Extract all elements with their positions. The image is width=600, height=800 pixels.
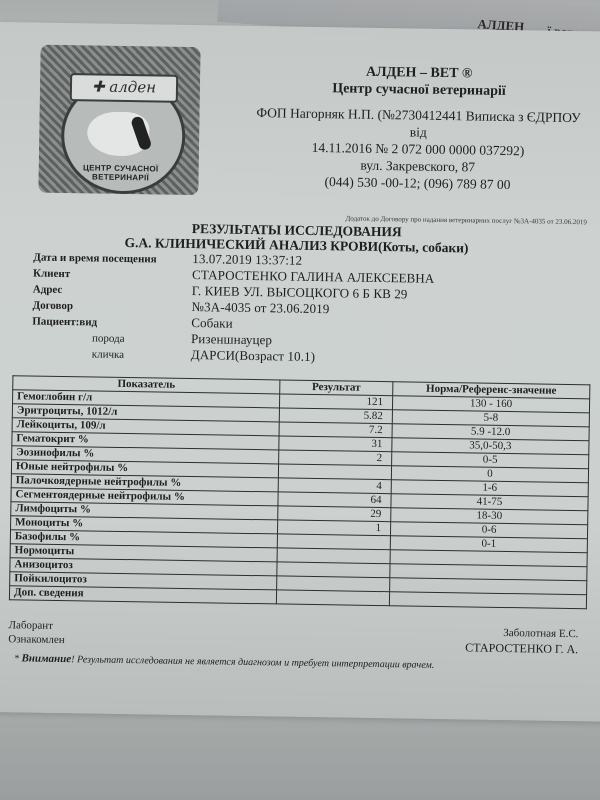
- signatures: Лаборант Заболотная Е.С. Ознакомлен СТАР…: [8, 619, 578, 656]
- info-label: Договор: [32, 300, 191, 314]
- info-value: ДАРСИ(Возраст 10.1): [191, 347, 316, 365]
- lab-report-sheet: ✚ алден ЦЕНТР СУЧАСНОЇ ВЕТЕРИНАРІЇ АЛДЕН…: [0, 22, 600, 722]
- ack-name: СТАРОСТЕНКО Г. А.: [465, 640, 578, 656]
- info-label: порода: [32, 332, 191, 346]
- disclaimer-bold: Внимание: [21, 652, 71, 665]
- result-cell: [276, 590, 389, 606]
- info-label: Пациент:вид: [32, 316, 191, 330]
- info-value: Собаки: [191, 315, 233, 332]
- clinic-header: АЛДЕН – ВЕТ ® Центр сучасної ветеринарії…: [247, 62, 589, 194]
- info-label: Адрес: [33, 284, 192, 298]
- lab-label: Лаборант: [8, 619, 53, 634]
- clinic-registration-line1: ФОП Нагорняк Н.П. (№2730412441 Виписка з…: [248, 104, 588, 143]
- logo-ring-text: ЦЕНТР СУЧАСНОЇ ВЕТЕРИНАРІЇ: [59, 163, 183, 183]
- disclaimer: * Внимание! Результат исследования не яв…: [14, 652, 584, 673]
- logo-banner: ✚ алден: [70, 73, 178, 103]
- disclaimer-asterisk: *: [14, 653, 22, 664]
- info-label: Клиент: [33, 268, 192, 282]
- info-label: Дата и время посещения: [33, 252, 192, 266]
- results-table: Показатель Результат Норма/Референс-знач…: [9, 375, 590, 609]
- indicator-cell: Доп. сведения: [9, 586, 276, 604]
- lab-name: Заболотная Е.С.: [503, 627, 578, 642]
- ack-label: Ознакомлен: [8, 633, 65, 648]
- info-value: 13.07.2019 13:37:12: [192, 251, 302, 269]
- norm-cell: [389, 592, 586, 609]
- info-value: Ризеншнауцер: [191, 331, 272, 348]
- disclaimer-text: ! Результат исследования не является диа…: [71, 654, 434, 671]
- clinic-logo: ✚ алден ЦЕНТР СУЧАСНОЇ ВЕТЕРИНАРІЇ: [38, 45, 200, 195]
- info-label: кличка: [32, 348, 191, 362]
- patient-info: Дата и время посещения13.07.2019 13:37:1…: [32, 249, 554, 369]
